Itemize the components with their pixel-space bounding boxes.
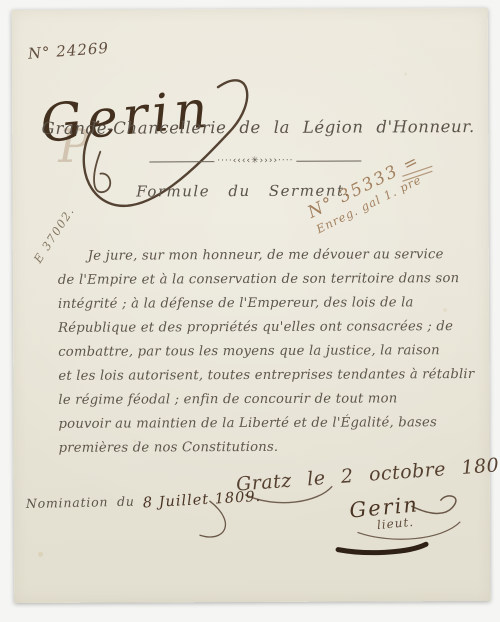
ornamental-divider: ····‹‹‹‹✳››››···· [149,155,361,168]
oath-line: le régime féodal ; enfin de concourir de… [58,387,450,413]
signature-title: lieut. [376,514,421,532]
big-signature-text: Gerin [38,79,215,155]
divider-rule-right [296,160,361,161]
signature-block: Gerin lieut. [348,492,420,534]
reference-number: N° 24269 [27,39,109,63]
oath-line: intégrité ; à la défense de l'Empereur, … [58,291,450,317]
divider-rule-left [149,161,214,162]
oath-line: République et des propriétés qu'elles on… [58,315,450,341]
letterhead-title: Grande-Chancellerie de la Légion d'Honne… [36,117,480,138]
oath-body: Je jure, sur mon honneur, de me dévouer … [58,243,451,461]
oath-line: combattre, par tous les moyens que la ju… [58,339,450,365]
foxing-spot [38,552,43,557]
oath-line: Je jure, sur mon honneur, de me dévouer … [58,243,450,269]
photo-background: N° 24269 P Gerin Grande-Chancellerie [0,0,500,622]
oath-line: de l'Empire et à la conservation de son … [58,267,450,293]
nomination-line: Nomination du 8 Juillet 1809. [26,491,262,512]
oath-line: et les lois autorisent, toutes entrepris… [58,363,450,389]
foxing-spot [404,72,407,75]
divider-ornament: ····‹‹‹‹✳››››···· [214,156,296,165]
heavy-ink-stroke [338,544,426,553]
oath-line: pouvoir au maintien de la Liberté et de … [58,411,450,437]
nomination-label: Nomination du [26,494,135,511]
nomination-date: 8 Juillet 1809. [142,489,261,512]
oath-line: premières de nos Constitutions. [59,435,451,461]
document-paper: N° 24269 P Gerin Grande-Chancellerie [12,8,491,603]
